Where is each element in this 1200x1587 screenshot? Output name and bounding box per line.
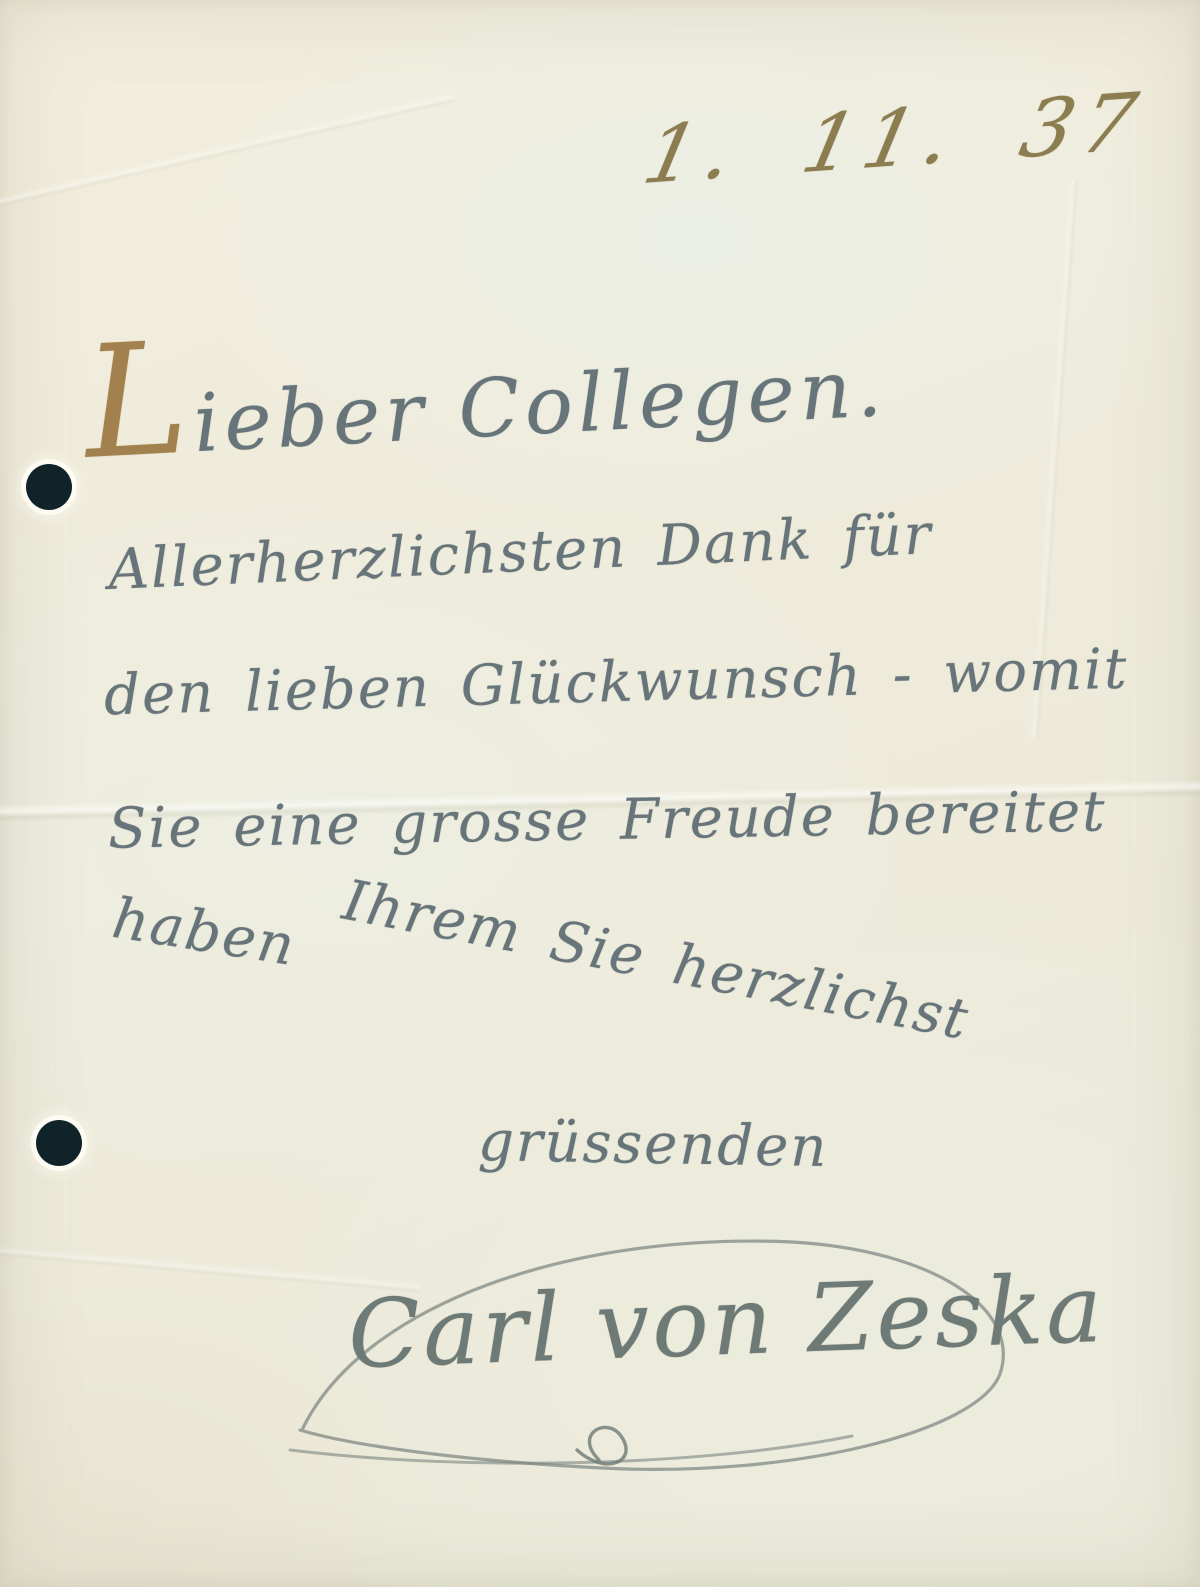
punch-hole-bottom [36, 1120, 82, 1166]
punch-hole-top [26, 464, 72, 510]
scanned-letter-page: { "document": { "date": "1. 11. 37", "sa… [0, 0, 1200, 1587]
body-line-5-gruessenden: grüssenden [477, 1109, 829, 1180]
